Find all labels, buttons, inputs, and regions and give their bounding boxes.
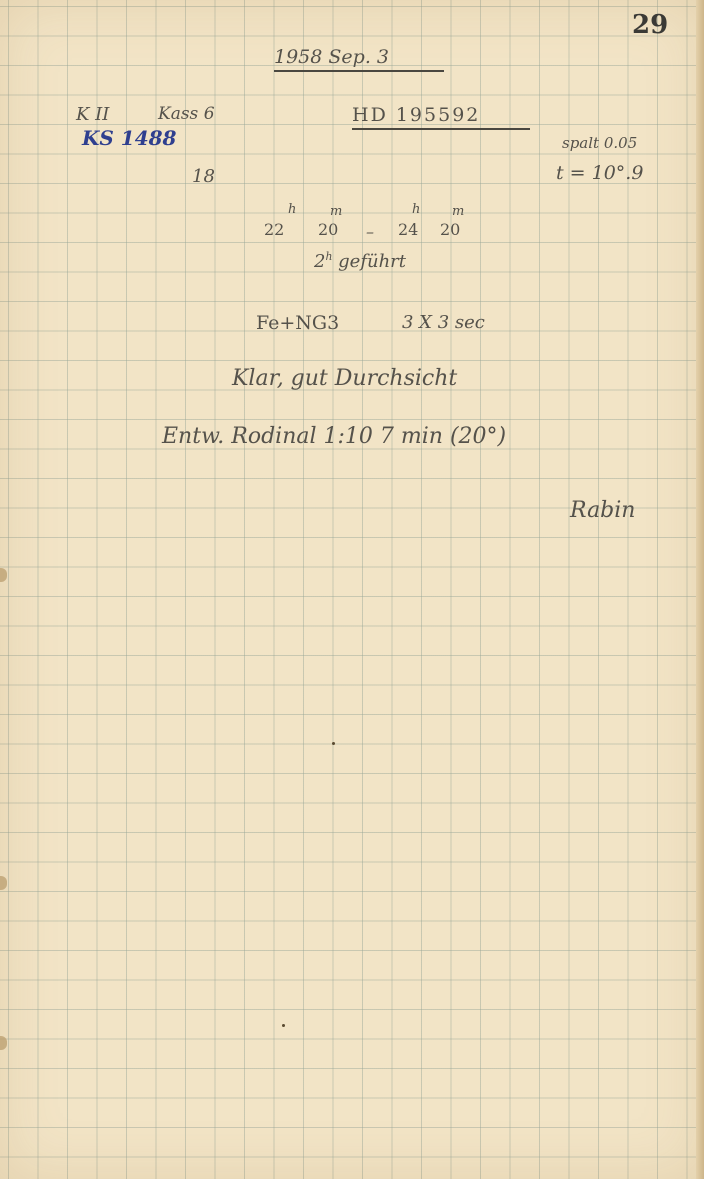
signature: Rabin [570,498,635,523]
guided-unit: h [325,250,332,263]
binding-hole [0,568,7,582]
cassette-label: Kass 6 [158,104,215,124]
paper-speck [332,742,335,745]
temperature: t = 10°.9 [556,162,643,184]
exposure: 3 X 3 sec [402,312,485,333]
notebook-page: 29 1958 Sep. 3 K II Kass 6 KS 1488 18 HD… [0,0,704,1179]
conditions-note: Klar, gut Durchsicht [232,366,457,391]
guided-hours: 2 [314,251,325,272]
binding-hole [0,1036,7,1050]
guided-text: geführt [338,251,406,272]
development-note: Entw. Rodinal 1:10 7 min (20°) [162,424,506,449]
end-minute: 20 [440,220,460,239]
start-minute: 20 [318,220,338,239]
plate-id: KS 1488 [82,126,176,150]
minute-label: m [330,204,342,219]
hour-label: h [288,202,296,217]
hour-label: h [412,202,420,217]
paper-speck [282,1024,285,1027]
page-number: 29 [632,10,668,40]
entry-number: 18 [192,166,215,187]
camera-label: K II [76,104,109,125]
start-hour: 22 [264,220,284,239]
end-hour: 24 [398,220,418,239]
object-id: HD 195592 [352,104,530,130]
time-separator: – [366,222,374,241]
date-heading: 1958 Sep. 3 [274,46,444,72]
binding-hole [0,876,7,890]
guided-duration: 2h geführt [314,250,406,272]
comparison-source: Fe+NG3 [256,312,339,334]
page-edge [696,0,704,1179]
slit-width: spalt 0.05 [562,134,637,152]
minute-label: m [452,204,464,219]
